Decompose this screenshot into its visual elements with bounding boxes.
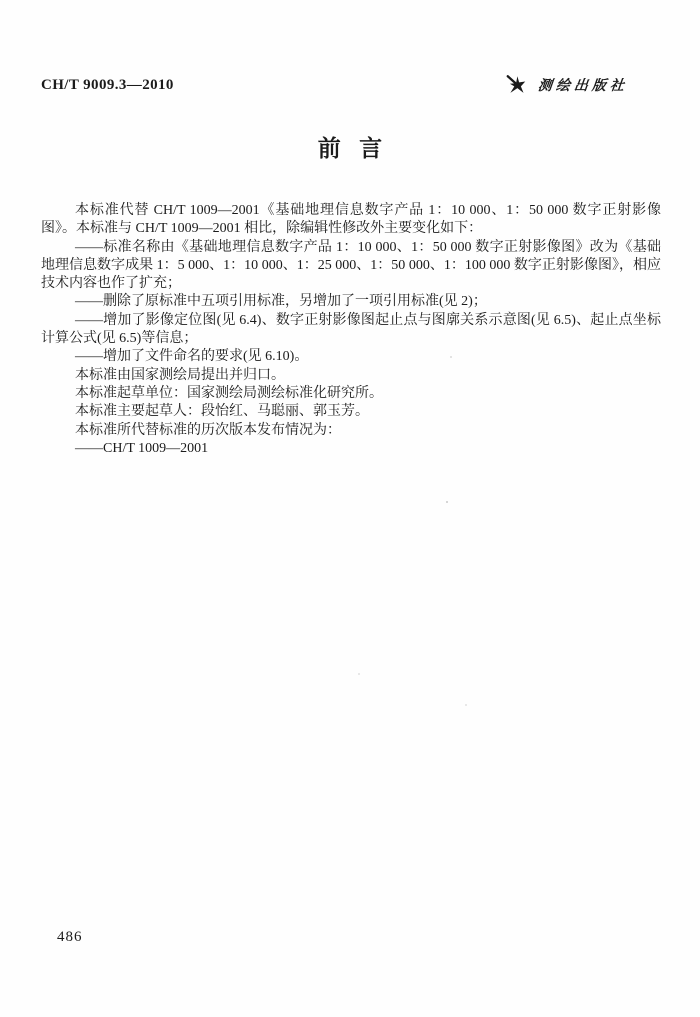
publisher-star-logo-icon (506, 74, 527, 96)
foreword-body: 本标准代替 CH/T 1009—2001《基础地理信息数字产品 1：10 000… (41, 202, 661, 458)
page-header: CH/T 9009.3—2010 测绘出版社 (41, 74, 628, 96)
publisher-name: 测绘出版社 (537, 75, 629, 95)
paragraph-drafting-org: 本标准起草单位：国家测绘局测绘标准化研究所。 (41, 385, 661, 403)
paragraph-history-intro: 本标准所代替标准的历次版本发布情况为： (41, 422, 661, 440)
standard-number: CH/T 9009.3—2010 (41, 77, 174, 94)
paragraph-change-figs: ——增加了影像定位图(见 6.4)、数字正射影像图起止点与图廓关系示意图(见 6… (41, 312, 661, 349)
publisher-mark: 测绘出版社 (506, 74, 628, 96)
paragraph-history-item: ——CH/T 1009—2001 (41, 440, 661, 458)
paragraph-change-name: ——标准名称由《基础地理信息数字产品 1：10 000、1：50 000 数字正… (41, 239, 661, 294)
paragraph-proposer: 本标准由国家测绘局提出并归口。 (41, 367, 661, 385)
scan-speck (465, 704, 467, 706)
paragraph-change-files: ——增加了文件命名的要求(见 6.10)。 (41, 348, 661, 366)
document-page: CH/T 9009.3—2010 测绘出版社 前言 本标准代替 CH/T 100… (0, 0, 700, 1017)
scan-speck (358, 673, 360, 675)
page-title: 前言 (0, 136, 700, 162)
paragraph-drafters: 本标准主要起草人：段怡红、马聪丽、郭玉芳。 (41, 403, 661, 421)
page-number: 486 (57, 929, 83, 946)
scan-speck (450, 356, 452, 358)
paragraph-intro: 本标准代替 CH/T 1009—2001《基础地理信息数字产品 1：10 000… (41, 202, 661, 239)
scan-speck (446, 501, 448, 503)
paragraph-change-refs: ——删除了原标准中五项引用标准，另增加了一项引用标准(见 2)； (41, 293, 661, 311)
